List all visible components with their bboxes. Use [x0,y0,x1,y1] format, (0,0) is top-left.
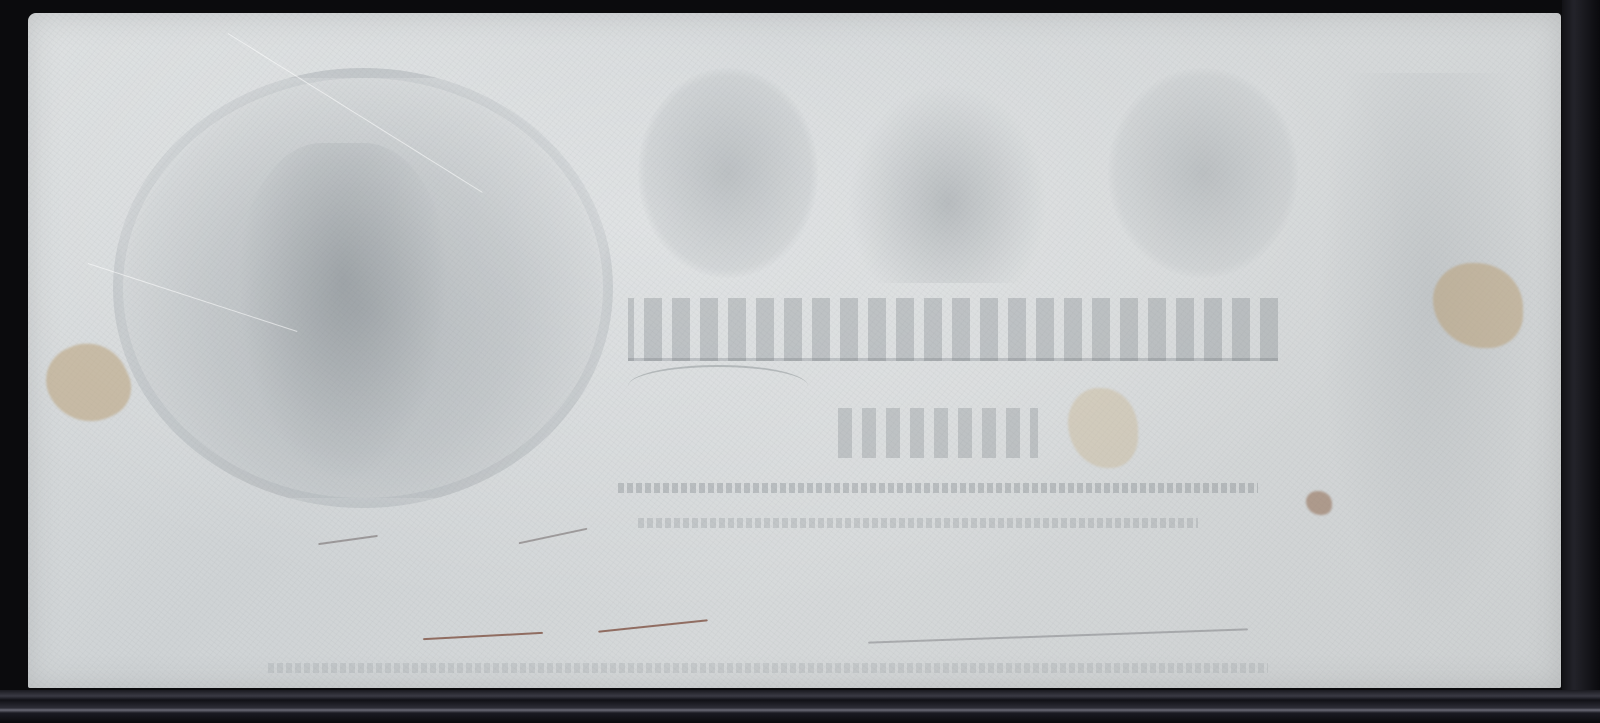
fine-print-line [638,518,1198,528]
right-panel-bleedthrough [1318,73,1538,633]
oval-portrait-bleedthrough-right [1108,68,1298,278]
fine-print-line [618,483,1258,493]
handwriting-signature [868,628,1248,643]
handwriting-signature [423,632,543,640]
subtitle-arc-bleedthrough [628,365,808,407]
stain [1306,491,1332,515]
handwriting-stroke [318,535,378,545]
handwriting-stroke [519,528,588,545]
holder-frame-bottom [0,690,1600,723]
oval-portrait-bleedthrough-left [638,68,818,278]
center-vignette-bleedthrough [848,83,1048,283]
denomination-bleedthrough [838,408,1038,458]
stain [1068,388,1138,468]
handwriting-signature [598,619,708,632]
title-banner-bleedthrough [628,298,1278,361]
fine-print-line [268,663,1268,673]
figure-bleedthrough [238,143,448,483]
holder-frame-right [1562,0,1600,723]
banknote-reverse [28,13,1561,688]
